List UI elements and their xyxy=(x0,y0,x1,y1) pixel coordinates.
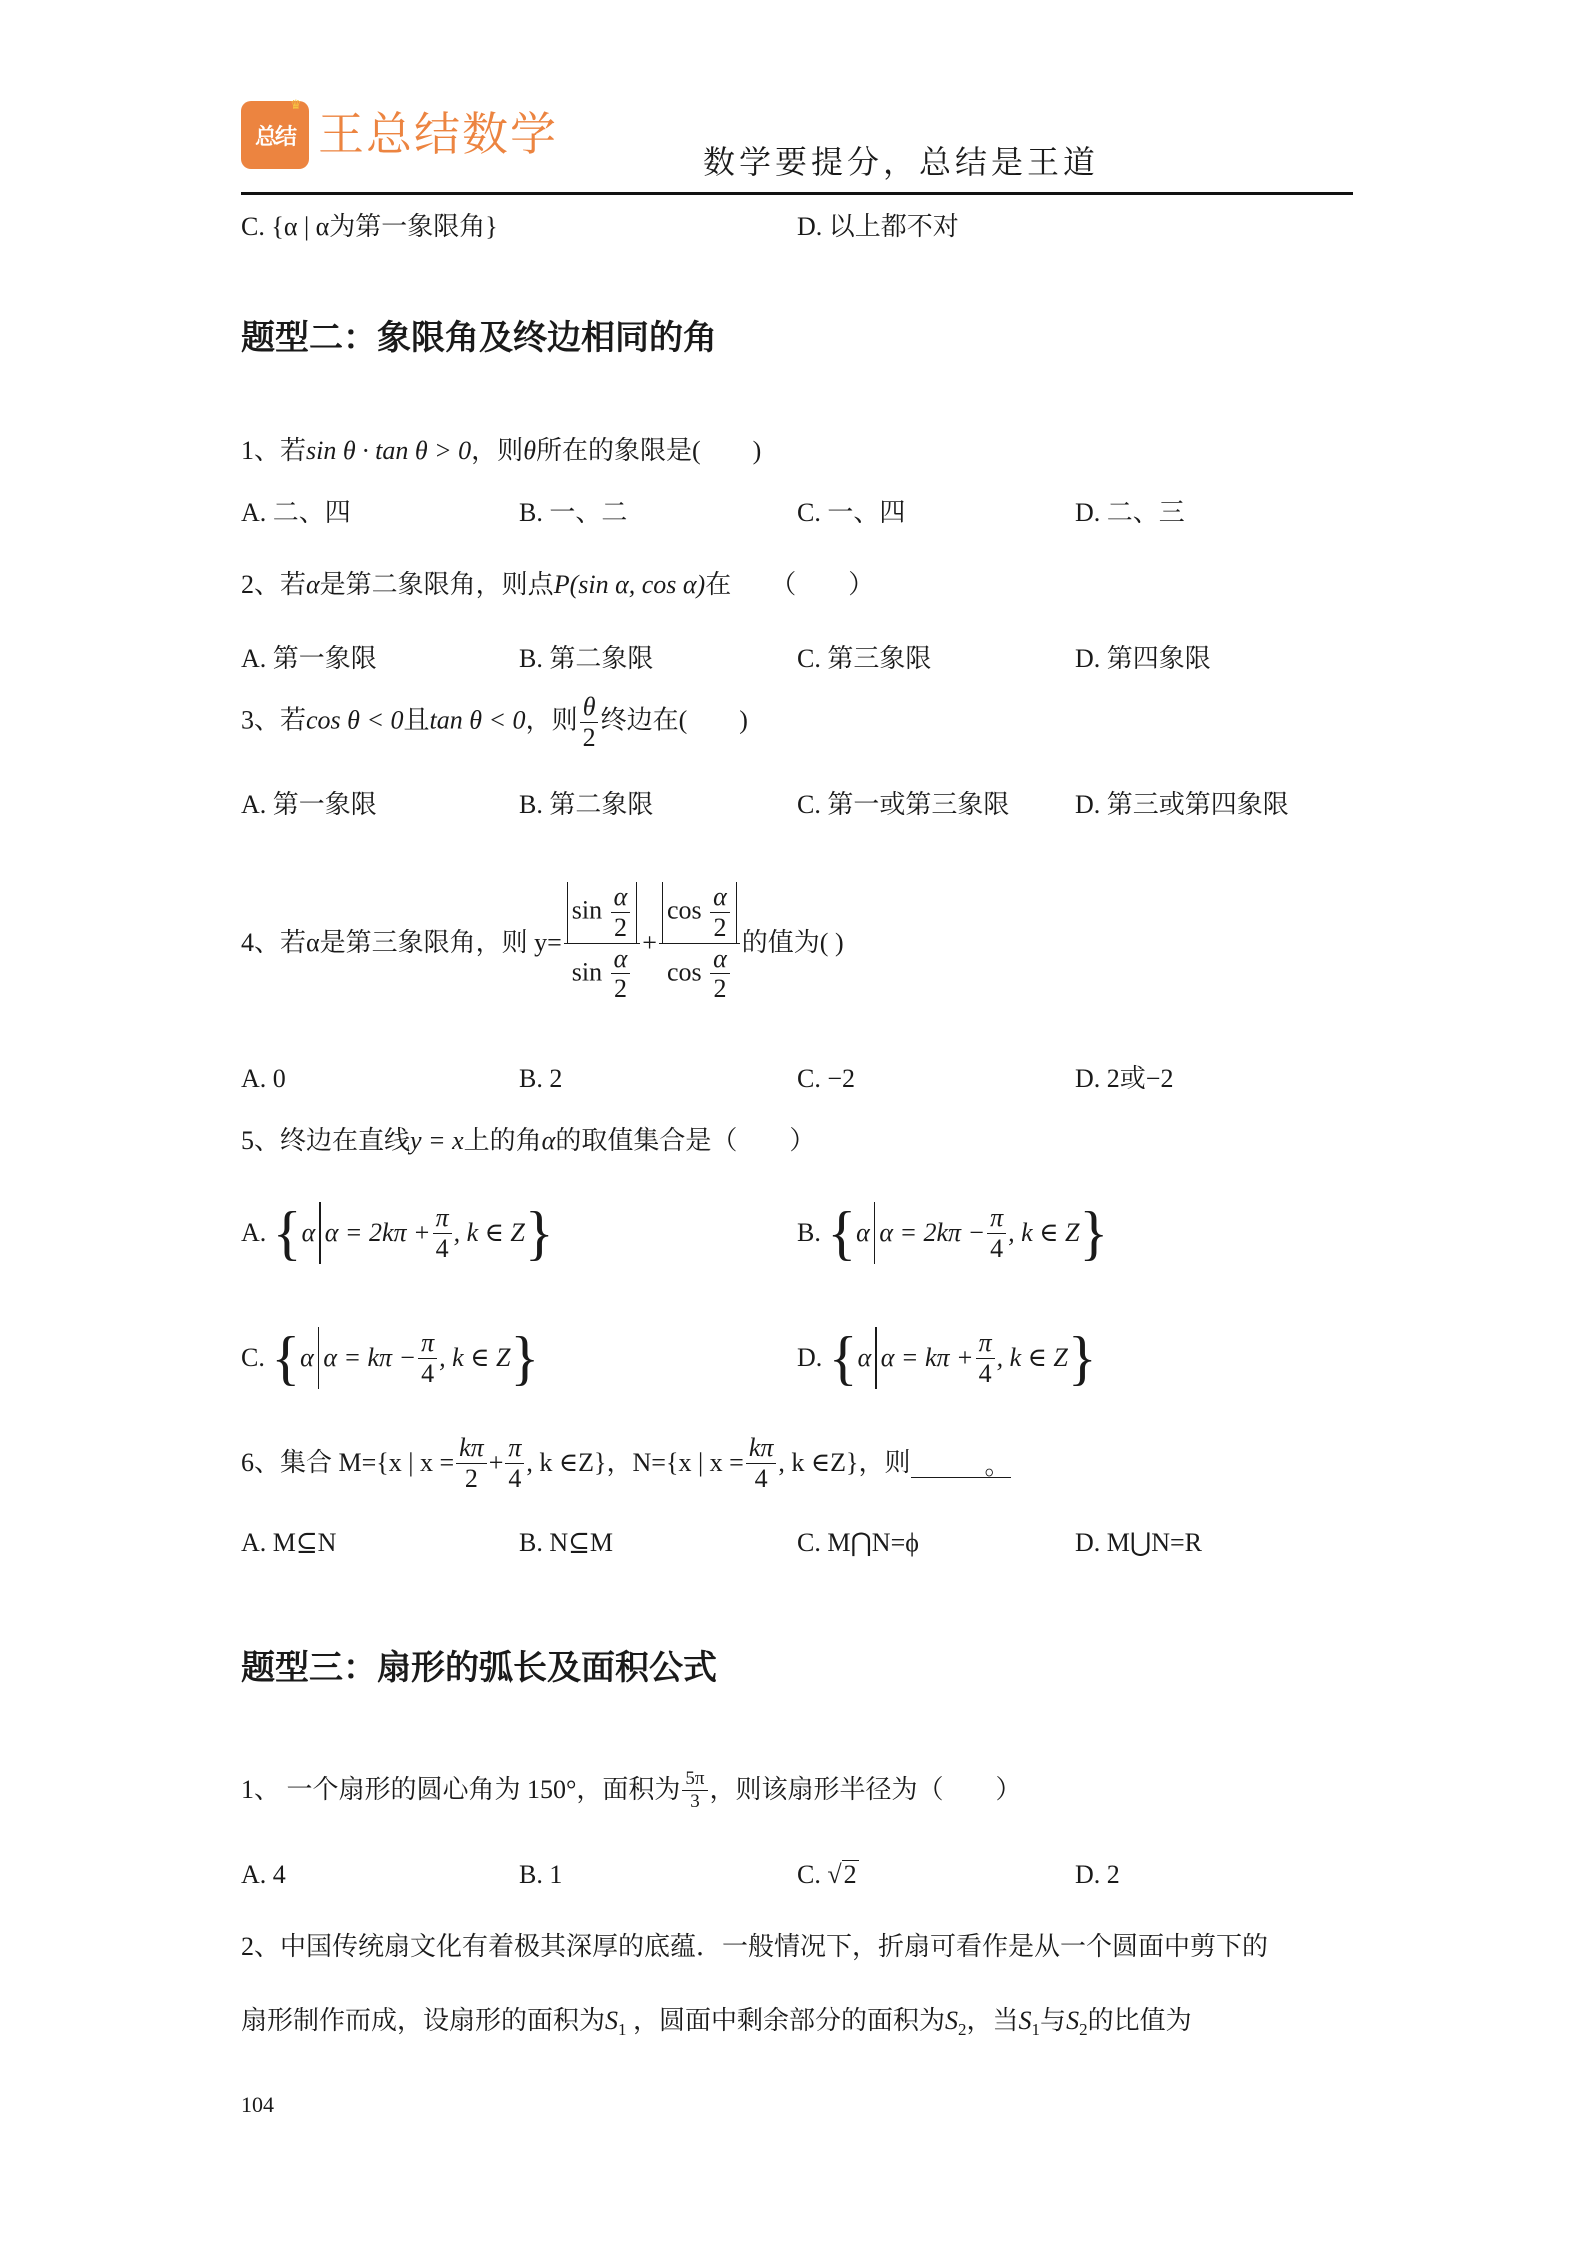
option-c: C. 第三象限 xyxy=(797,642,931,676)
option-a: A. 0 xyxy=(241,1062,286,1096)
option-c: C. 第一或第三象限 xyxy=(797,788,1009,822)
option-b: B. 第二象限 xyxy=(519,788,653,822)
sqrt-icon: √ xyxy=(827,1860,841,1889)
logo-text: 王总结数学 xyxy=(318,106,558,162)
answer-blank[interactable]: 。 xyxy=(911,1449,1011,1478)
option-a: A. 第一象限 xyxy=(241,788,377,822)
option-d: D. 2或−2 xyxy=(1075,1062,1173,1096)
question-3: 3、若cos θ < 0且tan θ < 0，则θ2终边在( ) xyxy=(241,692,748,753)
question-1: 1、若sin θ · tan θ > 0，则θ所在的象限是( ) xyxy=(241,434,761,468)
prev-option-d: D. 以上都不对 xyxy=(797,210,959,244)
option-a: A. {αα = 2kπ + π4, k ∈ Z} xyxy=(241,1195,554,1271)
section-title: 题型二：象限角及终边相同的角 xyxy=(241,316,717,360)
option-c: C. 一、四 xyxy=(797,496,905,530)
page-number: 104 xyxy=(241,2092,274,2118)
option-b: B. N⊆M xyxy=(519,1526,613,1560)
option-d: D. 第三或第四象限 xyxy=(1075,788,1289,822)
option-d: D. 第四象限 xyxy=(1075,642,1211,676)
question-2-line-1: 2、中国传统扇文化有着极其深厚的底蕴．一般情况下，折扇可看作是从一个圆面中剪下的 xyxy=(241,1930,1268,1964)
option-d: D. M⋃N=R xyxy=(1075,1526,1202,1560)
prev-option-c: C. {α | α为第一象限角} xyxy=(241,210,498,244)
option-a: A. 4 xyxy=(241,1858,286,1892)
question-4: 4、若α是第三象限角，则 y= sin α2 sin α2 + cos α2 c… xyxy=(241,858,844,1028)
option-b: B. 一、二 xyxy=(519,496,627,530)
option-d: D. 二、三 xyxy=(1075,496,1185,530)
option-b: B. 1 xyxy=(519,1858,562,1892)
option-b: B. 2 xyxy=(519,1062,562,1096)
option-d: D. 2 xyxy=(1075,1858,1120,1892)
question-6: 6、集合 M={x | x = kπ2 + π4 , k ∈Z}，N={x | … xyxy=(241,1425,1011,1501)
question-2: 2、若α是第二象限角，则点P(sin α, cos α)在 （ ） xyxy=(241,568,874,602)
option-c: C. M⋂N=ϕ xyxy=(797,1526,919,1560)
header-divider xyxy=(241,192,1353,195)
option-c: C. √2 xyxy=(797,1858,859,1892)
option-b: B. 第二象限 xyxy=(519,642,653,676)
option-a: A. 二、四 xyxy=(241,496,351,530)
option-b: B. {αα = 2kπ − π4, k ∈ Z} xyxy=(797,1195,1108,1271)
option-d: D. {αα = kπ + π4, k ∈ Z} xyxy=(797,1320,1097,1396)
question-2-line-2: 扇形制作而成，设扇形的面积为S1 ，圆面中剩余部分的面积为S2，当S1与S2的比… xyxy=(241,2004,1192,2047)
question-1: 1、 一个扇形的圆心角为 150°，面积为 5π3 ，则该扇形半径为（ ） xyxy=(241,1760,1022,1820)
slogan: 数学要提分，总结是王道 xyxy=(703,140,1099,184)
section-title: 题型三：扇形的弧长及面积公式 xyxy=(241,1646,717,1690)
question-5: 5、终边在直线y = x上的角α的取值集合是（ ） xyxy=(241,1124,815,1158)
option-a: A. 第一象限 xyxy=(241,642,377,676)
option-c: C. {αα = kπ − π4, k ∈ Z} xyxy=(241,1320,539,1396)
option-c: C. −2 xyxy=(797,1062,855,1096)
option-a: A. M⊆N xyxy=(241,1526,336,1560)
crown-icon: ♛ xyxy=(290,99,306,111)
